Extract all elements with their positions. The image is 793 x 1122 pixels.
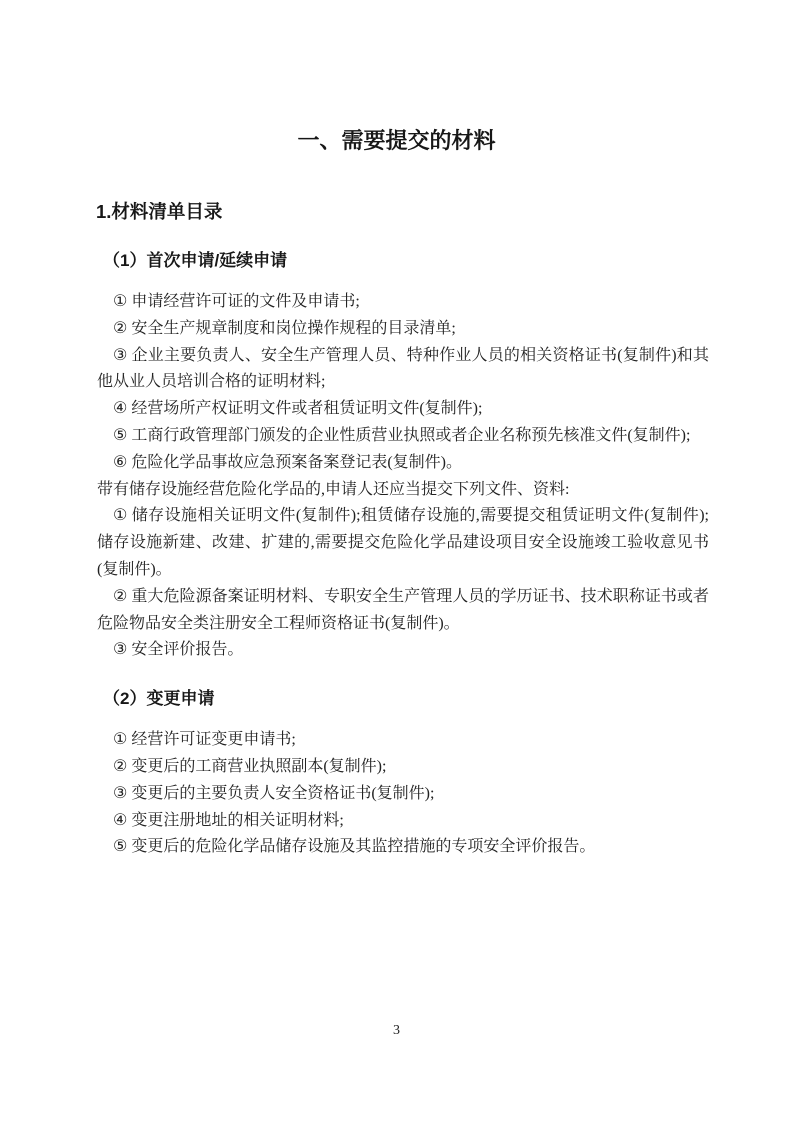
item-text: 变更后的危险化学品储存设施及其监控措施的专项安全评价报告。: [131, 838, 595, 855]
item-text: 储存设施相关证明文件(复制件);租赁储存设施的,需要提交租赁证明文件(复制件);…: [97, 507, 709, 578]
item-text: 经营许可证变更申请书;: [131, 731, 295, 748]
item-text: 工商行政管理部门颁发的企业性质营业执照或者企业名称预先核准文件(复制件);: [131, 427, 690, 444]
list-item: ③变更后的主要负责人安全资格证书(复制件);: [97, 781, 709, 808]
page-title: 一、需要提交的材料: [0, 126, 793, 156]
item-text: 变更后的主要负责人安全资格证书(复制件);: [131, 785, 434, 802]
list-item: ④经营场所产权证明文件或者租赁证明文件(复制件);: [97, 396, 709, 423]
list-item: ⑤变更后的危险化学品储存设施及其监控措施的专项安全评价报告。: [97, 834, 709, 861]
item-number: ⑤: [113, 427, 127, 444]
item-text: 重大危险源备案证明材料、专职安全生产管理人员的学历证书、技术职称证书或者危险物品…: [97, 588, 709, 632]
subsection-1-list: ①申请经营许可证的文件及申请书; ②安全生产规章制度和岗位操作规程的目录清单; …: [97, 289, 709, 664]
item-number: ③: [113, 785, 127, 802]
list-item: ③安全评价报告。: [97, 637, 709, 664]
item-number: ⑤: [113, 838, 127, 855]
list-item: ①储存设施相关证明文件(复制件);租赁储存设施的,需要提交租赁证明文件(复制件)…: [97, 503, 709, 583]
item-text: 安全评价报告。: [131, 641, 243, 658]
item-number: ④: [113, 812, 127, 829]
item-text: 变更后的工商营业执照副本(复制件);: [131, 758, 386, 775]
item-text: 安全生产规章制度和岗位操作规程的目录清单;: [131, 320, 455, 337]
item-number: ⑥: [113, 454, 127, 471]
item-number: ④: [113, 400, 127, 417]
list-item: ①申请经营许可证的文件及申请书;: [97, 289, 709, 316]
list-item: ⑤工商行政管理部门颁发的企业性质营业执照或者企业名称预先核准文件(复制件);: [97, 423, 709, 450]
item-number: ②: [113, 588, 127, 605]
item-text: 企业主要负责人、安全生产管理人员、特种作业人员的相关资格证书(复制件)和其他从业…: [97, 347, 709, 391]
item-number: ①: [113, 293, 127, 310]
list-item: ⑥危险化学品事故应急预案备案登记表(复制件)。: [97, 450, 709, 477]
section-heading: 1.材料清单目录: [96, 200, 793, 224]
list-item: ①经营许可证变更申请书;: [97, 727, 709, 754]
item-number: ③: [113, 641, 127, 658]
subsection-2-heading: （2）变更申请: [103, 687, 793, 710]
item-text: 危险化学品事故应急预案备案登记表(复制件)。: [131, 454, 462, 471]
list-item: ③企业主要负责人、安全生产管理人员、特种作业人员的相关资格证书(复制件)和其他从…: [97, 343, 709, 397]
list-item: ②变更后的工商营业执照副本(复制件);: [97, 754, 709, 781]
item-number: ①: [113, 507, 128, 524]
item-text: 申请经营许可证的文件及申请书;: [131, 293, 359, 310]
note-paragraph: 带有储存设施经营危险化学品的,申请人还应当提交下列文件、资料:: [97, 477, 709, 504]
item-number: ③: [113, 347, 128, 364]
list-item: ②重大危险源备案证明材料、专职安全生产管理人员的学历证书、技术职称证书或者危险物…: [97, 584, 709, 638]
page-number: 3: [0, 1022, 793, 1040]
subsection-2-list: ①经营许可证变更申请书; ②变更后的工商营业执照副本(复制件); ③变更后的主要…: [97, 727, 709, 861]
list-item: ④变更注册地址的相关证明材料;: [97, 808, 709, 835]
item-number: ②: [113, 758, 127, 775]
item-text: 经营场所产权证明文件或者租赁证明文件(复制件);: [131, 400, 482, 417]
item-number: ①: [113, 731, 127, 748]
subsection-1-heading: （1）首次申请/延续申请: [103, 249, 793, 272]
item-number: ②: [113, 320, 127, 337]
document-page: 一、需要提交的材料 1.材料清单目录 （1）首次申请/延续申请 ①申请经营许可证…: [0, 0, 793, 1122]
item-text: 变更注册地址的相关证明材料;: [131, 812, 343, 829]
list-item: ②安全生产规章制度和岗位操作规程的目录清单;: [97, 316, 709, 343]
